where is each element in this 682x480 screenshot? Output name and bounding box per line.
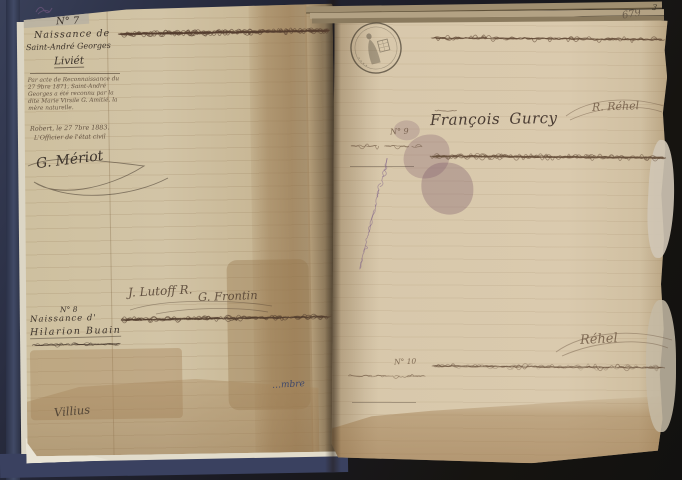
margin-underline <box>352 402 416 403</box>
right-page <box>331 12 667 464</box>
signature-flourish <box>22 152 172 208</box>
signature-flourish <box>126 296 276 318</box>
ink-stain <box>421 162 473 214</box>
signature-flourish <box>560 94 672 124</box>
signature-flourish <box>548 326 680 362</box>
margin-divider-rule <box>30 73 120 74</box>
archival-register-scan: N° 7 Naissance de Saint-André Georges Li… <box>0 0 682 480</box>
torn-edge-fragment <box>646 300 676 432</box>
binding-gutter-shadow <box>325 0 341 472</box>
margin-underline <box>350 166 414 167</box>
left-page <box>21 4 340 457</box>
margin-scribble-mark <box>34 2 56 16</box>
ink-stain <box>394 120 420 140</box>
water-damage-stain <box>331 388 665 464</box>
